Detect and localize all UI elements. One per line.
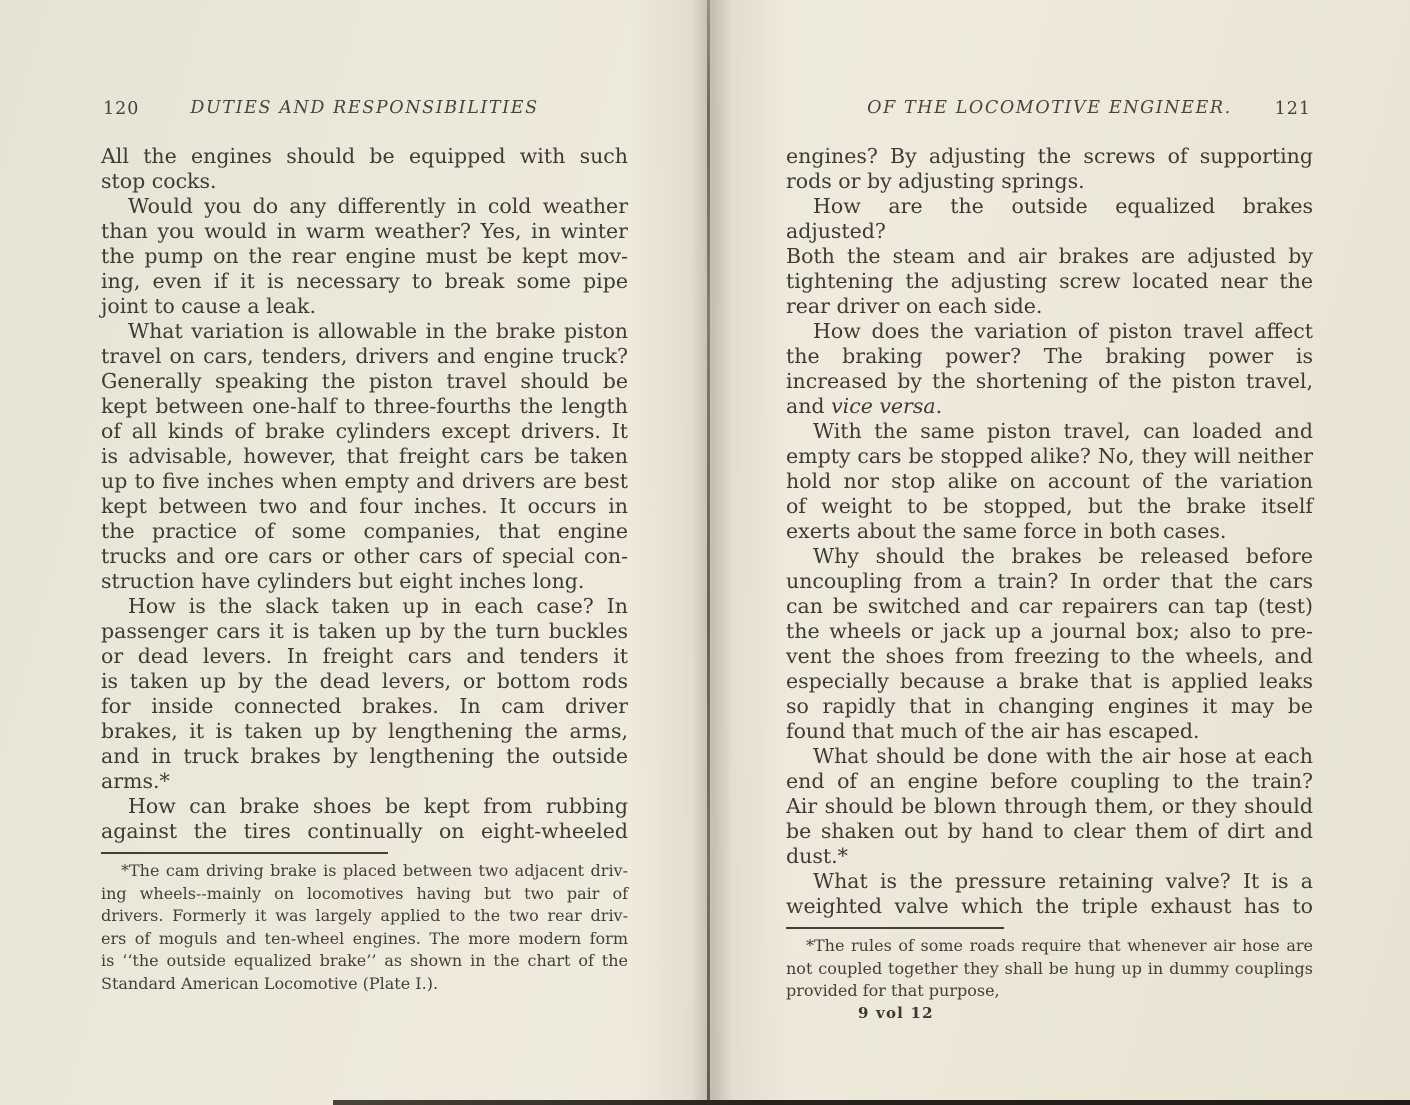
text-line: How can brake shoes be kept from rubbing [101,794,628,819]
text-line: is advisable, however, that freight cars… [101,444,628,469]
left-page-footnote: *The cam driving brake is placed between… [101,860,628,995]
text-line: *The rules of some roads require that wh… [786,935,1313,958]
text-line: is ‘‘the outside equalized brake’’ as sh… [101,950,628,973]
text-line: How is the slack taken up in each case? … [101,594,628,619]
text-line: ing wheels--mainly on locomotives having… [101,883,628,906]
text-line: be shaken out by hand to clear them of d… [786,819,1313,844]
text-line: increased by the shortening of the pisto… [786,369,1313,394]
text-line: against the tires continually on eight-w… [101,819,628,844]
text-line: Both the steam and air brakes are adjust… [786,244,1313,269]
left-page: 120 DUTIES AND RESPONSIBILITIES All the … [101,98,628,995]
text-line: What is the pressure retaining valve? It… [786,869,1313,894]
text-line: not coupled together they shall be hung … [786,958,1313,981]
text-line: weighted valve which the triple exhaust … [786,894,1313,919]
text-line: Would you do any differently in cold wea… [101,194,628,219]
text-line: rods or by adjusting springs. [786,169,1313,194]
text-line: the practice of some companies, that eng… [101,519,628,544]
footnote-rule [101,852,388,854]
text-line: tightening the adjusting screw located n… [786,269,1313,294]
text-line: empty cars be stopped alike? No, they wi… [786,444,1313,469]
text-line: stop cocks. [101,169,628,194]
text-line: ing, even if it is necessary to break so… [101,269,628,294]
book-bottom-edge [333,1100,1410,1105]
text-line: so rapidly that in changing engines it m… [786,694,1313,719]
text-line: up to five inches when empty and drivers… [101,469,628,494]
footnote-rule [786,927,1004,929]
text-line: provided for that purpose, [786,980,1313,1003]
text-line: uncoupling from a train? In order that t… [786,569,1313,594]
text-line: of weight to be stopped, but the brake i… [786,494,1313,519]
right-page-body-text: engines? By adjusting the screws of supp… [786,144,1313,919]
text-line: than you would in warm weather? Yes, in … [101,219,628,244]
text-line: All the engines should be equipped with … [101,144,628,169]
text-line: the pump on the rear engine must be kept… [101,244,628,269]
left-page-header: 120 DUTIES AND RESPONSIBILITIES [101,98,628,124]
text-line: and in truck brakes by lengthening the o… [101,744,628,769]
text-line: for inside connected brakes. In cam driv… [101,694,628,719]
text-line: end of an engine before coupling to the … [786,769,1313,794]
text-line: dust.* [786,844,1313,869]
text-line: vent the shoes from freezing to the whee… [786,644,1313,669]
text-line: can be switched and car repairers can ta… [786,594,1313,619]
text-line: hold nor stop alike on account of the va… [786,469,1313,494]
text-line: of all kinds of brake cylinders except d… [101,419,628,444]
right-page-footnote: *The rules of some roads require that wh… [786,935,1313,1003]
text-line: especially because a brake that is appli… [786,669,1313,694]
left-page-body-text: All the engines should be equipped with … [101,144,628,844]
text-line: drivers. Formerly it was largely applied… [101,905,628,928]
text-line: kept between one-half to three-fourths t… [101,394,628,419]
text-line: travel on cars, tenders, drivers and eng… [101,344,628,369]
text-line: struction have cylinders but eight inche… [101,569,628,594]
volume-signature-mark: 9 vol 12 [858,1004,1313,1022]
text-line: exerts about the same force in both case… [786,519,1313,544]
running-header: OF THE LOCOMOTIVE ENGINEER. [786,98,1313,118]
right-page: 121 OF THE LOCOMOTIVE ENGINEER. engines?… [786,98,1313,1022]
text-line: Generally speaking the piston travel sho… [101,369,628,394]
text-line: and vice versa. [786,394,1313,419]
text-line: arms.* [101,769,628,794]
text-line: the wheels or jack up a journal box; als… [786,619,1313,644]
text-line: How are the outside equalized brakes adj… [786,194,1313,244]
text-line: brakes, it is taken up by lengthening th… [101,719,628,744]
gutter-shadow [630,0,790,1105]
page-number: 121 [1275,99,1311,119]
text-line: is taken up by the dead levers, or botto… [101,669,628,694]
page-number: 120 [103,99,139,119]
text-line: engines? By adjusting the screws of supp… [786,144,1313,169]
text-line: or dead levers. In freight cars and tend… [101,644,628,669]
text-line: found that much of the air has escaped. [786,719,1313,744]
text-line: the braking power? The braking power is [786,344,1313,369]
text-line: How does the variation of piston travel … [786,319,1313,344]
text-line: rear driver on each side. [786,294,1313,319]
text-line: Air should be blown through them, or the… [786,794,1313,819]
text-line: What should be done with the air hose at… [786,744,1313,769]
text-line: Why should the brakes be released before [786,544,1313,569]
text-line: ers of moguls and ten-wheel engines. The… [101,928,628,951]
text-line: joint to cause a leak. [101,294,628,319]
text-line: *The cam driving brake is placed between… [101,860,628,883]
text-line: Standard American Locomotive (Plate I.). [101,973,628,996]
text-line: passenger cars it is taken up by the tur… [101,619,628,644]
right-page-header: 121 OF THE LOCOMOTIVE ENGINEER. [786,98,1313,124]
text-line: trucks and ore cars or other cars of spe… [101,544,628,569]
text-line: kept between two and four inches. It occ… [101,494,628,519]
binding-crease [707,0,710,1105]
text-line: What variation is allowable in the brake… [101,319,628,344]
text-line: With the same piston travel, can loaded … [786,419,1313,444]
running-header: DUTIES AND RESPONSIBILITIES [101,98,628,118]
